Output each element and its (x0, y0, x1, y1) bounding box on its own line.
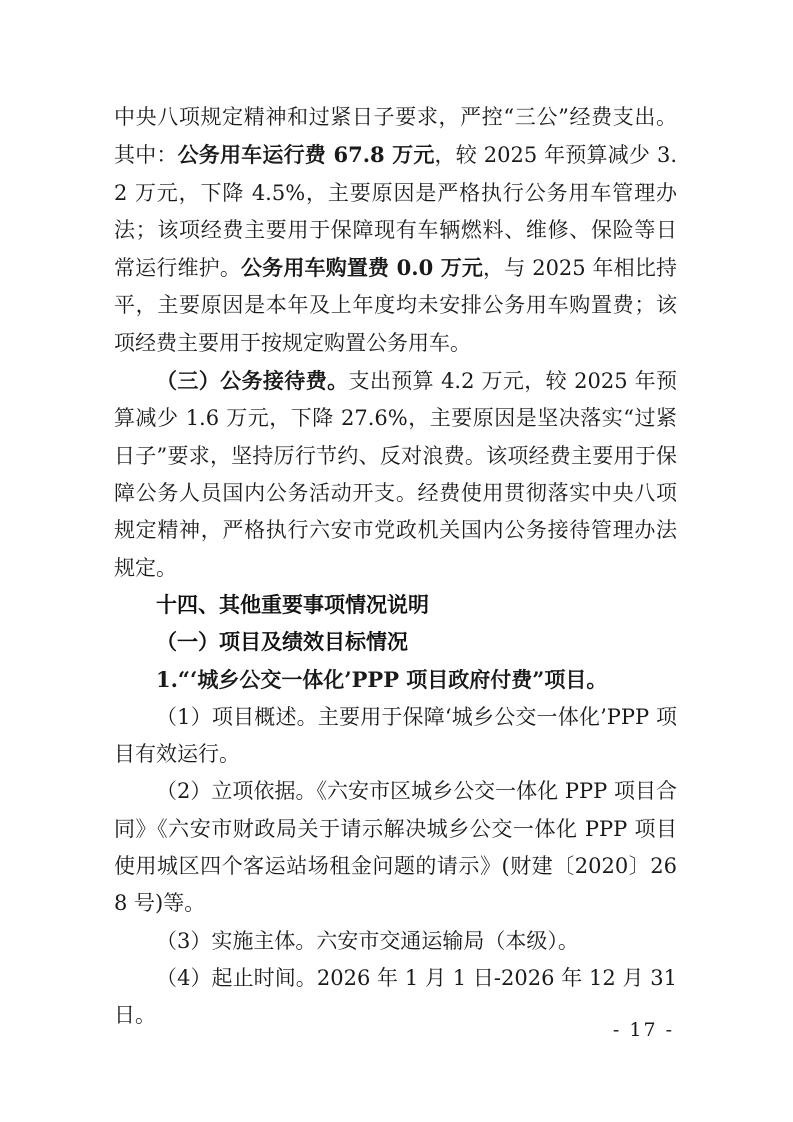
bold-text-run: 公务用车购置费 0.0 万元 (241, 255, 483, 280)
paragraph-project-overview: （1）项目概述。主要用于保障‘城乡公交一体化’PPP 项目有效运行。 (114, 699, 677, 774)
bold-text-run: 1.“‘城乡公交一体化’PPP 项目政府付费”项目。 (156, 667, 607, 692)
paragraph-project-basis: （2）立项依据。《六安市区城乡公交一体化 PPP 项目合同》《六安市财政局关于请… (114, 773, 677, 922)
heading-section-fourteen: 十四、其他重要事项情况说明 (114, 587, 677, 624)
document-page: 中央八项规定精神和过紧日子要求，严控“三公”经费支出。其中：公务用车运行费 67… (0, 0, 793, 1122)
text-run: 支出预算 4.2 万元，较 2025 年预算减少 1.6 万元，下降 27.6%… (114, 369, 677, 579)
paragraph-project-implementer: （3）实施主体。六安市交通运输局（本级）。 (114, 923, 677, 960)
text-run: （1）项目概述。主要用于保障‘城乡公交一体化’PPP 项目有效运行。 (114, 705, 677, 766)
bold-text-run: （三）公务接待费。 (156, 368, 348, 393)
heading-subsection-one-project-performance: （一）项目及绩效目标情况 (114, 624, 677, 661)
text-run: （3）实施主体。六安市交通运输局（本级）。 (156, 929, 579, 953)
paragraph-project-duration: （4）起止时间。2026 年 1 月 1 日-2026 年 12 月 31 日。 (114, 960, 677, 1035)
bold-text-run: 十四、其他重要事项情况说明 (156, 593, 429, 617)
paragraph-three-public-funds-vehicles: 中央八项规定精神和过紧日子要求，严控“三公”经费支出。其中：公务用车运行费 67… (114, 99, 677, 362)
page-number: - 17 - (613, 1019, 674, 1041)
heading-project-1-ppp-payment: 1.“‘城乡公交一体化’PPP 项目政府付费”项目。 (114, 661, 677, 698)
paragraph-official-reception-fee: （三）公务接待费。支出预算 4.2 万元，较 2025 年预算减少 1.6 万元… (114, 362, 677, 587)
text-run: （4）起止时间。2026 年 1 月 1 日-2026 年 12 月 31 日。 (114, 966, 677, 1027)
bold-text-run: 公务用车运行费 67.8 万元 (178, 142, 435, 167)
text-run: （2）立项依据。《六安市区城乡公交一体化 PPP 项目合同》《六安市财政局关于请… (114, 779, 677, 915)
document-body: 中央八项规定精神和过紧日子要求，严控“三公”经费支出。其中：公务用车运行费 67… (114, 99, 677, 1034)
bold-text-run: （一）项目及绩效目标情况 (156, 630, 408, 654)
